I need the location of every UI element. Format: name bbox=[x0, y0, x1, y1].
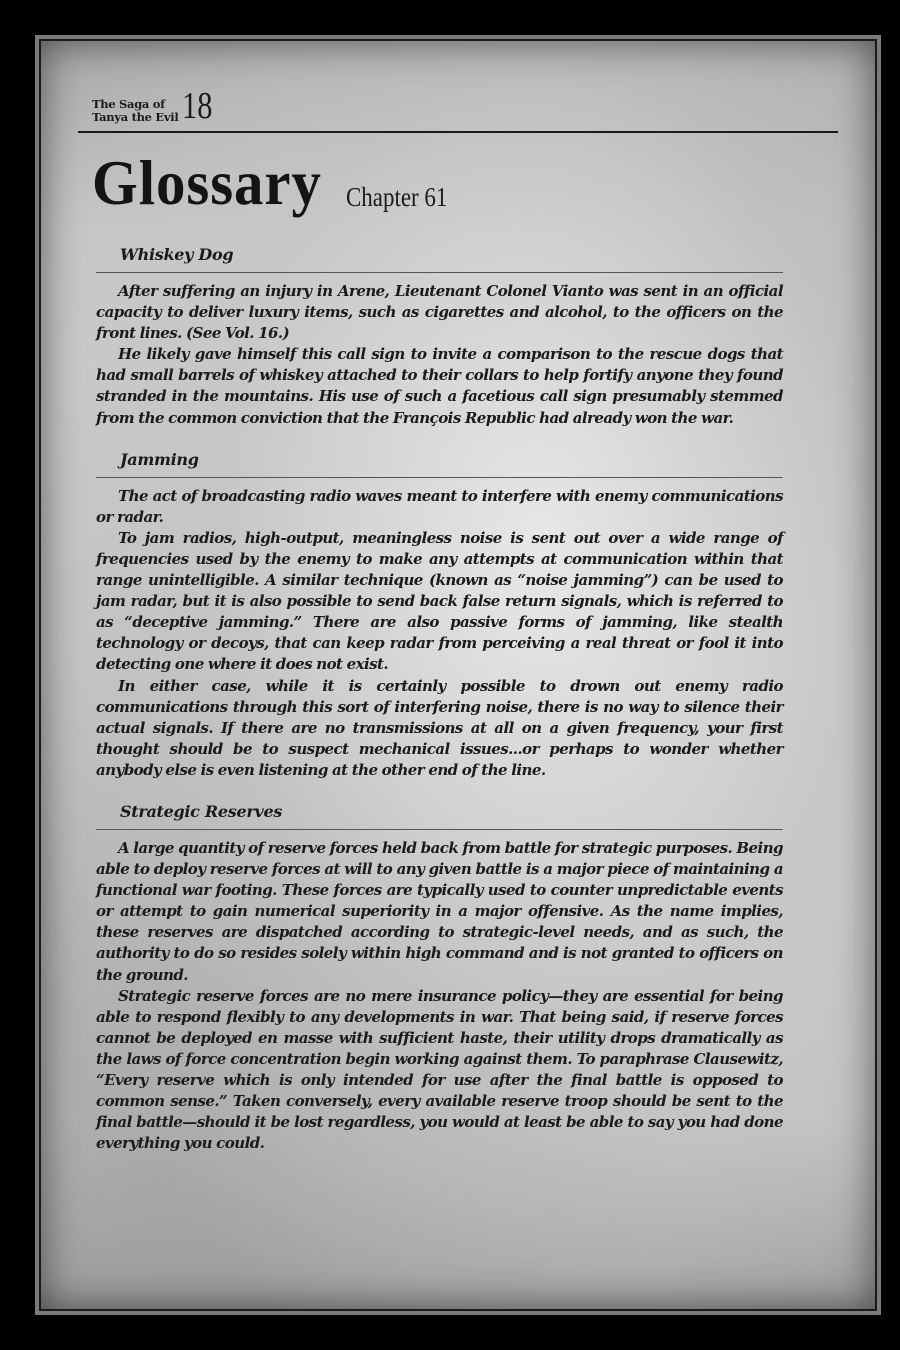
page-title: Glossary bbox=[92, 148, 322, 218]
entry-term: Strategic Reserves bbox=[96, 801, 783, 830]
entry-paragraph: He likely gave himself this call sign to… bbox=[96, 344, 783, 428]
running-header: The Saga of Tanya the Evil 18 bbox=[92, 88, 220, 124]
glossary-entry: Jamming The act of broadcasting radio wa… bbox=[96, 449, 783, 781]
entry-paragraph: In either case, while it is certainly po… bbox=[96, 676, 783, 781]
glossary-entry: Strategic Reserves A large quantity of r… bbox=[96, 801, 783, 1154]
entry-term: Whiskey Dog bbox=[96, 244, 783, 273]
entry-paragraph: After suffering an injury in Arene, Lieu… bbox=[96, 281, 783, 344]
series-title-line2: Tanya the Evil bbox=[92, 111, 178, 124]
series-title: The Saga of Tanya the Evil bbox=[92, 98, 178, 124]
entry-paragraph: To jam radios, high-output, meaningless … bbox=[96, 528, 783, 676]
chapter-label: Chapter 61 bbox=[346, 182, 447, 212]
volume-number: 18 bbox=[182, 88, 212, 124]
entry-paragraph: The act of broadcasting radio waves mean… bbox=[96, 486, 783, 528]
glossary-entry: Whiskey Dog After suffering an injury in… bbox=[96, 244, 783, 429]
entry-paragraph: A large quantity of reserve forces held … bbox=[96, 838, 783, 986]
header-rule bbox=[78, 131, 838, 133]
entry-term: Jamming bbox=[96, 449, 783, 478]
glossary-entries: Whiskey Dog After suffering an injury in… bbox=[96, 244, 783, 1174]
entry-paragraph: Strategic reserve forces are no mere ins… bbox=[96, 986, 783, 1155]
